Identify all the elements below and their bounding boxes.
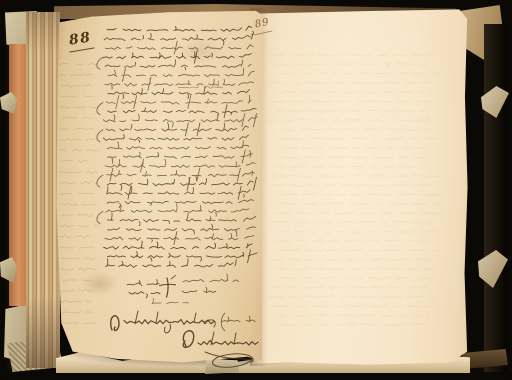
page-edge-stack-left <box>26 12 60 368</box>
right-page <box>250 8 468 366</box>
tie-tab-bottom <box>205 359 239 374</box>
left-page <box>54 8 262 366</box>
right-cover-board <box>484 24 507 372</box>
manuscript-photo: 88 89 <box>0 0 512 380</box>
